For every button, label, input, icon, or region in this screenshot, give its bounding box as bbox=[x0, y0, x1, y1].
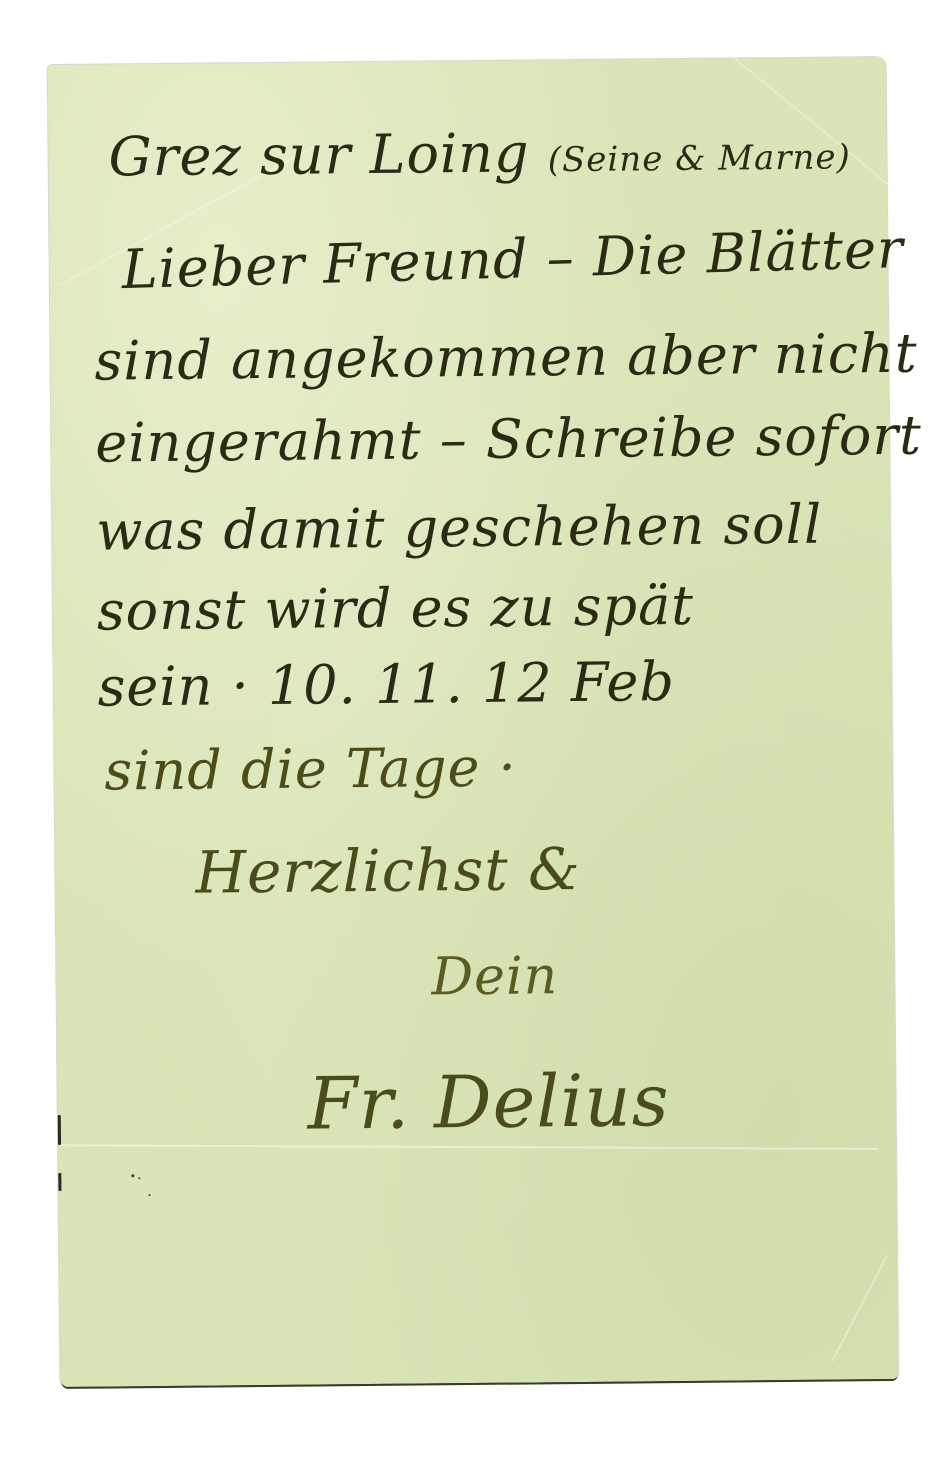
letter-line: sein · 10. 11. 12 Feb bbox=[97, 655, 675, 715]
closing-mark: & bbox=[528, 835, 581, 904]
postcard: Grez sur Loing (Seine & Marne) Lieber Fr… bbox=[48, 57, 899, 1387]
letter-valediction: Dein bbox=[431, 950, 558, 1003]
letter-signature: Fr. Delius bbox=[307, 1064, 670, 1139]
letter-place-line: Grez sur Loing (Seine & Marne) bbox=[108, 123, 851, 184]
ink-speck bbox=[138, 1177, 140, 1179]
closing-text: Herzlichst bbox=[195, 836, 509, 907]
letter-line: sind die Tage · bbox=[104, 741, 517, 799]
letter-line: sind angekommen aber nicht bbox=[94, 327, 917, 389]
letter-place: Grez sur Loing bbox=[108, 121, 530, 188]
letter-line: eingerahmt – Schreibe sofort bbox=[95, 409, 922, 471]
letter-line: Lieber Freund – Die Blätter bbox=[121, 222, 904, 297]
edge-ink-mark bbox=[58, 1115, 61, 1145]
ink-speck bbox=[131, 1174, 134, 1177]
letter-line: sonst wird es zu spät bbox=[97, 579, 695, 639]
letter-closing: Herzlichst & bbox=[195, 840, 581, 902]
paper-crease bbox=[58, 1144, 878, 1150]
letter-line: was damit geschehen soll bbox=[96, 498, 823, 559]
paper-crease bbox=[831, 1255, 888, 1362]
ink-speck bbox=[149, 1194, 151, 1196]
edge-ink-mark bbox=[58, 1173, 61, 1191]
letter-region: (Seine & Marne) bbox=[548, 137, 851, 180]
